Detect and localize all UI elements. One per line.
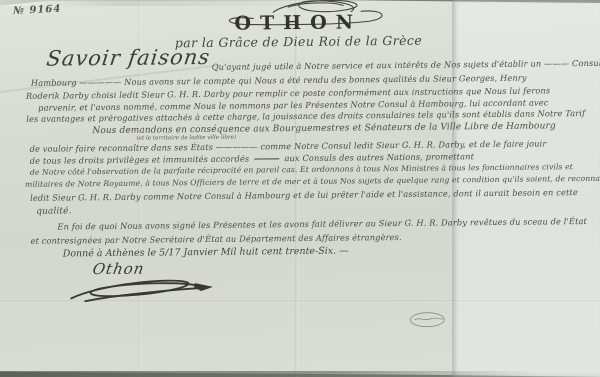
dateline: Donné à Athènes le 5/17 Janvier Mil huit… bbox=[63, 245, 349, 259]
manuscript-ink-layer: № 9164 OTHON par la Grâce de Dieu Roi de… bbox=[0, 0, 600, 377]
line-8-prefix: de tous les droits privilèges et immunit… bbox=[30, 154, 250, 166]
body-line-14: et contresignées par Notre Secrétaire d'… bbox=[30, 232, 401, 246]
signature-paraph-icon bbox=[61, 273, 221, 309]
interlined-insertion: (et le territoire de ladite ville libre) bbox=[136, 135, 236, 142]
struck-out-word: ——— bbox=[254, 153, 279, 163]
opening-formula: Savoir faisons bbox=[45, 45, 212, 71]
pencil-scribble-icon bbox=[405, 308, 449, 330]
body-line-6: Nous demandons en conséquence aux Bourgu… bbox=[92, 121, 555, 136]
paraph-tip bbox=[194, 283, 213, 291]
body-line-1: Qu'ayant jugé utile à Notre service et a… bbox=[212, 58, 600, 72]
body-line-11: ledit Sieur G. H. R. Darby comme Notre C… bbox=[30, 187, 578, 203]
body-line-13: En foi de quoi Nous avons signé les Prés… bbox=[57, 216, 587, 232]
body-line-10: militaires de Notre Royaume, à tous Nos … bbox=[25, 174, 600, 189]
document-photo: № 9164 OTHON par la Grâce de Dieu Roi de… bbox=[0, 0, 600, 377]
body-line-12: qualité. bbox=[36, 206, 71, 216]
line-8-suffix: aux Consuls des autres Nations, prometta… bbox=[284, 151, 474, 163]
